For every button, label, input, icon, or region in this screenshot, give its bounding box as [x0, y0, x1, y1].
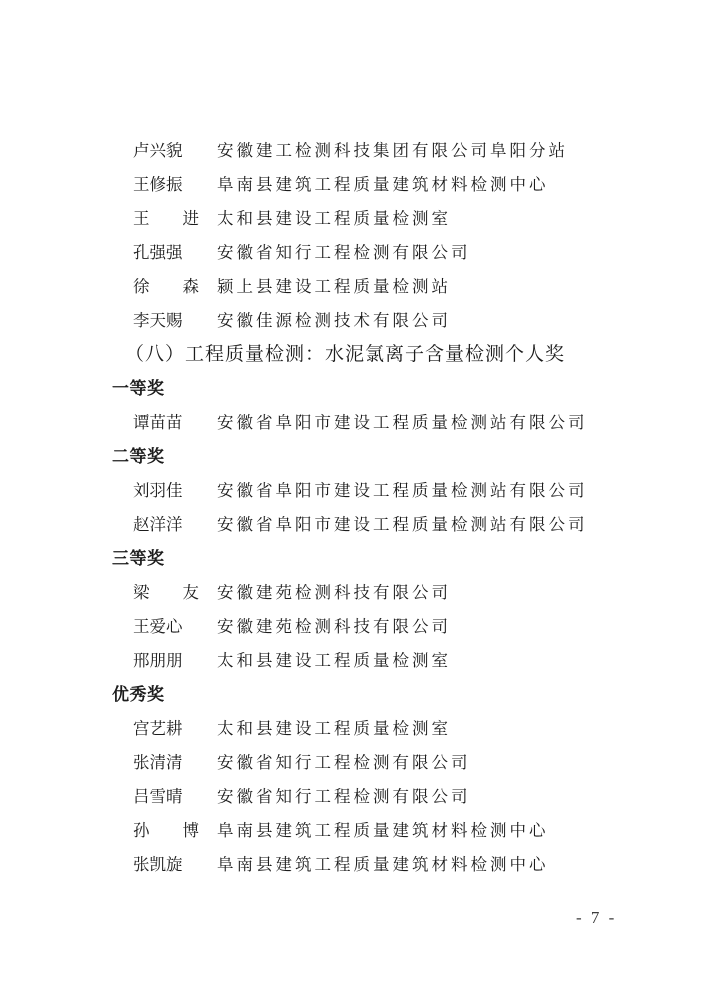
award-tier-heading-first-prize: 一等奖 [0, 372, 707, 406]
entry-row: 张凯旋阜南县建筑工程质量建筑材料检测中心 [0, 848, 707, 882]
organization-name: 太和县建设工程质量检测室 [217, 651, 451, 670]
person-name: 谭苗苗 [133, 406, 217, 440]
entry-row: 王爱心安徽建苑检测科技有限公司 [0, 610, 707, 644]
person-name: 王爱心 [133, 610, 217, 644]
award-tier-heading-second-prize: 二等奖 [0, 440, 707, 474]
organization-name: 安徽省知行工程检测有限公司 [217, 753, 471, 772]
person-name: 李天赐 [133, 304, 217, 338]
person-name: 吕雪晴 [133, 780, 217, 814]
award-tier-heading-third-prize: 三等奖 [0, 542, 707, 576]
entry-row: 王修振阜南县建筑工程质量建筑材料检测中心 [0, 168, 707, 202]
entry-row: 刘羽佳安徽省阜阳市建设工程质量检测站有限公司 [0, 474, 707, 508]
person-name: 孙 博 [133, 814, 217, 848]
person-name: 邢朋朋 [133, 644, 217, 678]
organization-name: 安徽省阜阳市建设工程质量检测站有限公司 [217, 515, 588, 534]
entry-row: 徐 森颍上县建设工程质量检测站 [0, 270, 707, 304]
person-name: 张凯旋 [133, 848, 217, 882]
entry-row: 吕雪晴安徽省知行工程检测有限公司 [0, 780, 707, 814]
entry-row: 梁 友安徽建苑检测科技有限公司 [0, 576, 707, 610]
entry-row: 宫艺耕太和县建设工程质量检测室 [0, 712, 707, 746]
award-list: 卢兴貌安徽建工检测科技集团有限公司阜阳分站 王修振阜南县建筑工程质量建筑材料检测… [0, 0, 707, 882]
organization-name: 安徽省阜阳市建设工程质量检测站有限公司 [217, 413, 588, 432]
entry-row: 邢朋朋太和县建设工程质量检测室 [0, 644, 707, 678]
entry-row: 孙 博阜南县建筑工程质量建筑材料检测中心 [0, 814, 707, 848]
organization-name: 阜南县建筑工程质量建筑材料检测中心 [217, 175, 549, 194]
organization-name: 安徽建工检测科技集团有限公司阜阳分站 [217, 141, 568, 160]
organization-name: 安徽佳源检测技术有限公司 [217, 311, 451, 330]
person-name: 宫艺耕 [133, 712, 217, 746]
organization-name: 安徽省阜阳市建设工程质量检测站有限公司 [217, 481, 588, 500]
page-number: - 7 - [576, 908, 615, 928]
organization-name: 安徽省知行工程检测有限公司 [217, 787, 471, 806]
entry-row: 李天赐安徽佳源检测技术有限公司 [0, 304, 707, 338]
entry-row: 赵洋洋安徽省阜阳市建设工程质量检测站有限公司 [0, 508, 707, 542]
person-name: 孔强强 [133, 236, 217, 270]
award-tier-heading-excellence-prize: 优秀奖 [0, 678, 707, 712]
entry-row: 谭苗苗安徽省阜阳市建设工程质量检测站有限公司 [0, 406, 707, 440]
person-name: 张清清 [133, 746, 217, 780]
organization-name: 阜南县建筑工程质量建筑材料检测中心 [217, 855, 549, 874]
organization-name: 太和县建设工程质量检测室 [217, 209, 451, 228]
person-name: 梁 友 [133, 576, 217, 610]
document-page: 卢兴貌安徽建工检测科技集团有限公司阜阳分站 王修振阜南县建筑工程质量建筑材料检测… [0, 0, 707, 1000]
organization-name: 颍上县建设工程质量检测站 [217, 277, 451, 296]
person-name: 卢兴貌 [133, 134, 217, 168]
entry-row: 卢兴貌安徽建工检测科技集团有限公司阜阳分站 [0, 134, 707, 168]
person-name: 王修振 [133, 168, 217, 202]
person-name: 王 进 [133, 202, 217, 236]
organization-name: 阜南县建筑工程质量建筑材料检测中心 [217, 821, 549, 840]
organization-name: 安徽建苑检测科技有限公司 [217, 583, 451, 602]
organization-name: 安徽建苑检测科技有限公司 [217, 617, 451, 636]
entry-row: 王 进太和县建设工程质量检测室 [0, 202, 707, 236]
category-heading: （八）工程质量检测：水泥氯离子含量检测个人奖 [0, 338, 707, 372]
person-name: 徐 森 [133, 270, 217, 304]
entry-row: 孔强强安徽省知行工程检测有限公司 [0, 236, 707, 270]
organization-name: 太和县建设工程质量检测室 [217, 719, 451, 738]
person-name: 赵洋洋 [133, 508, 217, 542]
person-name: 刘羽佳 [133, 474, 217, 508]
organization-name: 安徽省知行工程检测有限公司 [217, 243, 471, 262]
entry-row: 张清清安徽省知行工程检测有限公司 [0, 746, 707, 780]
